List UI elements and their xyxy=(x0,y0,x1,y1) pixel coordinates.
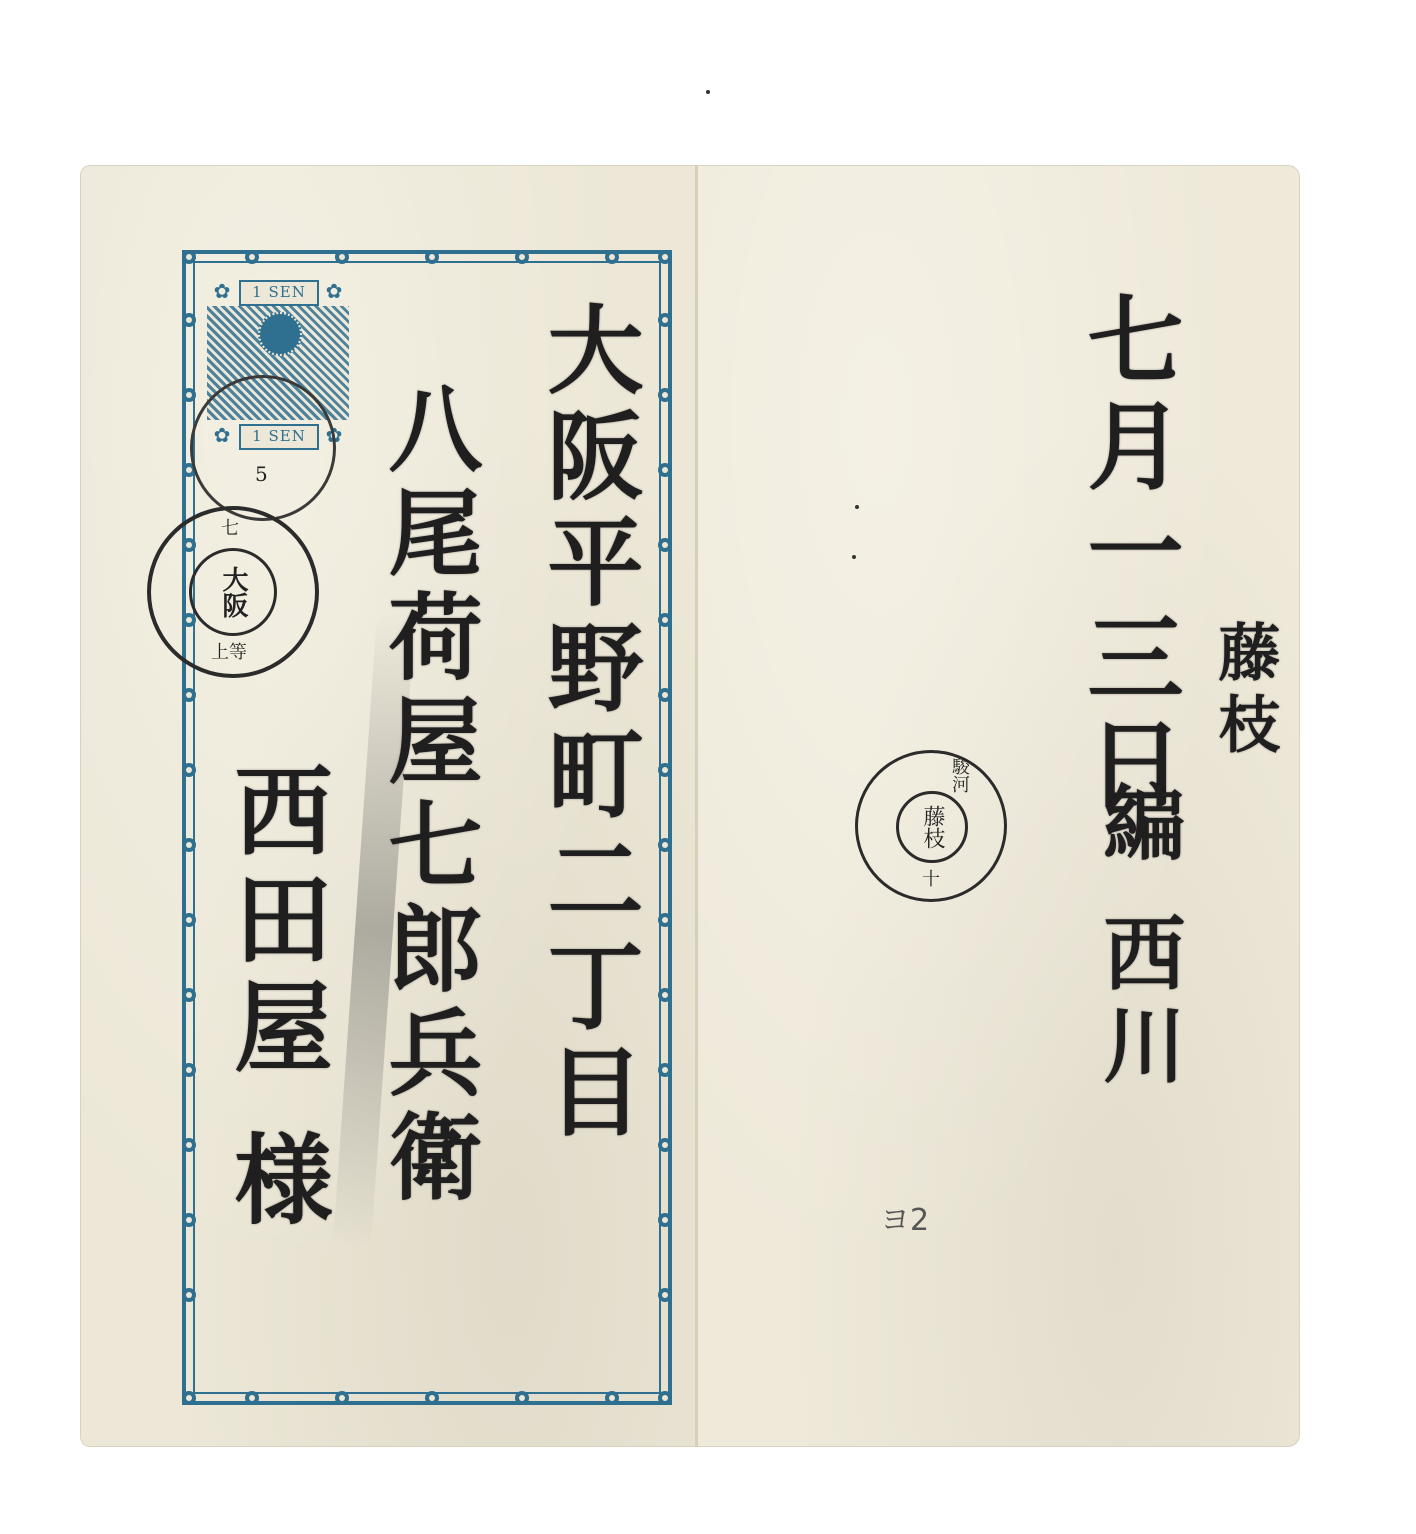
recipient-address-line-1: 大阪平野町二丁目 xyxy=(520,300,657,1148)
letter-date: 七月一三日 xyxy=(1060,290,1197,820)
ink-speck xyxy=(855,505,859,509)
sender-place: 藤枝 xyxy=(1200,620,1289,764)
postmark-dated: 5 xyxy=(190,375,336,521)
postmark-fujieda: 駿河 藤枝 十 xyxy=(855,750,1007,902)
pencil-annotation: ヨ2 xyxy=(880,1195,929,1239)
postmark-osaka: 七 大阪 上等 xyxy=(147,506,319,678)
recipient-name: 西田屋 様 xyxy=(205,760,346,1236)
flower-icon: ✿ xyxy=(209,280,235,302)
recipient-address-line-2: 八尾荷屋七郎兵衛 xyxy=(360,380,495,1212)
postmark-place: 大阪 xyxy=(219,566,247,618)
postmark-center: 大阪 xyxy=(189,548,277,636)
fold-line xyxy=(695,165,698,1447)
postmark-rim-top: 七 xyxy=(221,514,239,540)
postmark-rim-bottom: 十 xyxy=(922,865,940,891)
stamp-denomination-top: 1 SEN xyxy=(239,280,319,306)
postmark-center: 藤枝 xyxy=(896,791,968,863)
ink-speck xyxy=(852,555,856,559)
chrysanthemum-crest-icon xyxy=(258,312,302,356)
postmark-number: 5 xyxy=(255,462,268,486)
postmark-rim-top: 駿河 xyxy=(946,757,972,793)
postmark-place: 藤枝 xyxy=(920,805,944,849)
flower-icon: ✿ xyxy=(321,280,347,302)
postmark-rim-bottom: 上等 xyxy=(211,638,247,664)
sender-name: 編 西川 xyxy=(1080,780,1197,1095)
ink-speck xyxy=(706,90,710,94)
